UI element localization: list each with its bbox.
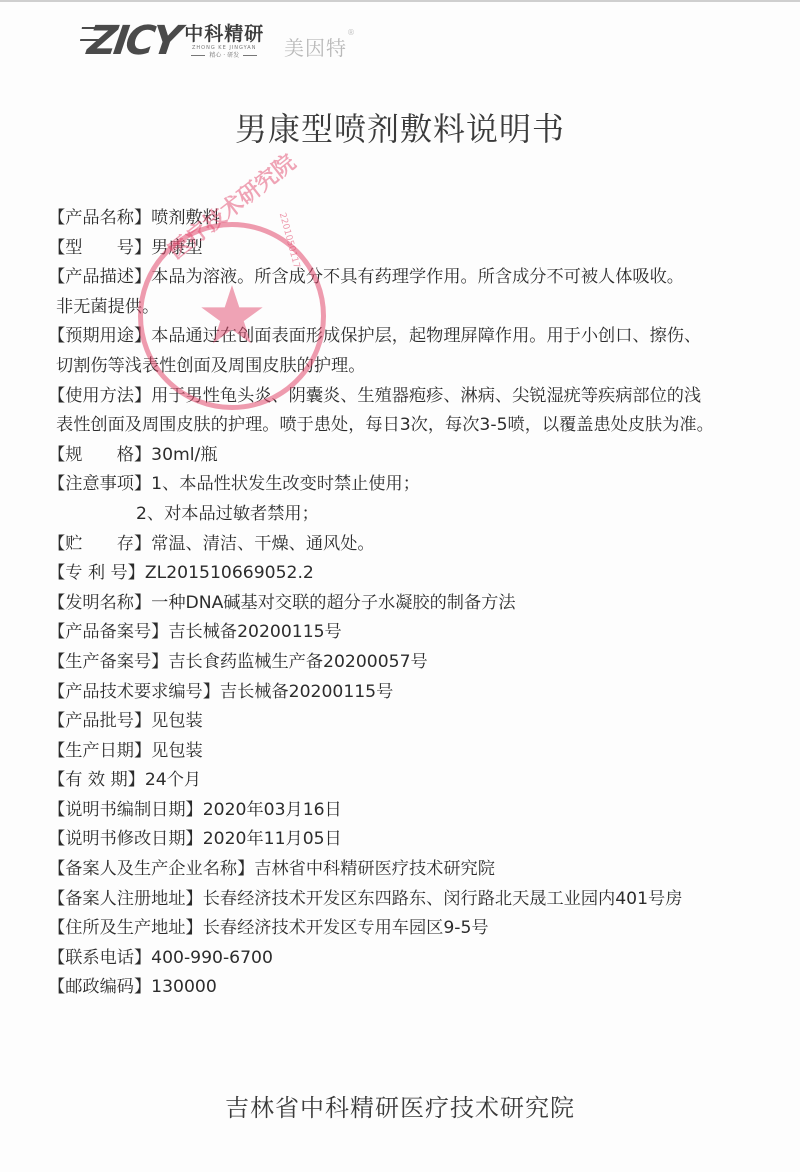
field-production-address: 【住所及生产地址】长春经济技术开发区专用车园区9-5号 xyxy=(48,914,788,944)
field-value: 见包装 xyxy=(151,741,203,761)
field-description-cont: 非无菌提供。 xyxy=(48,293,788,323)
field-product-filing: 【产品备案号】吉长械备20200115号 xyxy=(48,618,788,648)
field-value: 长春经济技术开发区东四路东、闵行路北天晟工业园内401号房 xyxy=(203,889,683,909)
field-label: 【型 号】 xyxy=(48,238,151,258)
field-value: 本品通过在创面表面形成保护层，起物理屏障作用。用于小创口、擦伤、 xyxy=(151,326,701,346)
logo-mark-text: ZICY xyxy=(85,18,182,64)
field-label: 【产品描述】 xyxy=(48,267,151,287)
field-description: 【产品描述】本品为溶液。所含成分不具有药理学作用。所含成分不可被人体吸收。 xyxy=(48,263,788,293)
field-intended-use-cont: 切割伤等浅表性创面及周围皮肤的护理。 xyxy=(48,352,788,382)
field-label: 【备案人注册地址】 xyxy=(48,889,203,909)
field-value: 130000 xyxy=(151,977,217,997)
field-value: 男康型 xyxy=(151,238,203,258)
field-revised-date: 【说明书修改日期】2020年11月05日 xyxy=(48,825,788,855)
field-label: 【说明书编制日期】 xyxy=(48,800,203,820)
page-top-edge xyxy=(0,0,800,2)
field-label: 【专 利 号】 xyxy=(48,563,145,583)
field-label: 【备案人及生产企业名称】 xyxy=(48,859,254,879)
field-label: 【产品名称】 xyxy=(48,208,151,228)
field-product-name: 【产品名称】喷剂敷料 xyxy=(48,204,788,234)
field-precautions: 【注意事项】1、本品性状发生改变时禁止使用； xyxy=(48,470,788,500)
brand-name: 美因特® xyxy=(284,32,356,61)
field-label: 【注意事项】 xyxy=(48,474,151,494)
field-label: 【规 格】 xyxy=(48,445,151,465)
logo-slogan: 精心 · 研发 xyxy=(191,52,257,60)
field-label: 【住所及生产地址】 xyxy=(48,918,203,938)
field-value: 常温、清洁、干燥、通风处。 xyxy=(151,534,374,554)
field-production-date: 【生产日期】见包装 xyxy=(48,737,788,767)
field-label: 【联系电话】 xyxy=(48,948,151,968)
field-label: 【预期用途】 xyxy=(48,326,151,346)
field-list: 【产品名称】喷剂敷料 【型 号】男康型 【产品描述】本品为溶液。所含成分不具有药… xyxy=(48,204,788,1003)
field-label: 【生产日期】 xyxy=(48,741,151,761)
logo-cn-block: 中科精研 ZHONG KE JINGYAN 精心 · 研发 xyxy=(184,23,264,60)
field-value: 喷剂敷料 xyxy=(151,208,220,228)
divider xyxy=(191,55,205,56)
field-manufacturer: 【备案人及生产企业名称】吉林省中科精研医疗技术研究院 xyxy=(48,855,788,885)
company-logo: ZICY 中科精研 ZHONG KE JINGYAN 精心 · 研发 xyxy=(88,18,264,64)
field-value: 400-990-6700 xyxy=(151,948,273,968)
logo-slogan-text: 精心 · 研发 xyxy=(209,52,239,60)
divider xyxy=(243,55,257,56)
field-label: 【贮 存】 xyxy=(48,534,151,554)
field-phone: 【联系电话】400-990-6700 xyxy=(48,944,788,974)
field-compiled-date: 【说明书编制日期】2020年03月16日 xyxy=(48,796,788,826)
field-label: 【邮政编码】 xyxy=(48,977,151,997)
field-value: 见包装 xyxy=(151,711,203,731)
field-value: 吉长械备20200115号 xyxy=(220,682,393,702)
field-value: 一种DNA碱基对交联的超分子水凝胶的制备方法 xyxy=(151,593,515,613)
field-usage-cont: 表性创面及周围皮肤的护理。喷于患处，每日3次，每次3-5喷，以覆盖患处皮肤为准。 xyxy=(48,411,788,441)
field-usage: 【使用方法】用于男性龟头炎、阴囊炎、生殖器疱疹、淋病、尖锐湿疣等疾病部位的浅 xyxy=(48,382,788,412)
field-label: 【有 效 期】 xyxy=(48,770,145,790)
document-title: 男康型喷剂敷料说明书 xyxy=(0,104,800,150)
field-registered-address: 【备案人注册地址】长春经济技术开发区东四路东、闵行路北天晟工业园内401号房 xyxy=(48,885,788,915)
field-label: 【产品技术要求编号】 xyxy=(48,682,220,702)
field-value: 吉长械备20200115号 xyxy=(168,622,341,642)
field-value: 2020年03月16日 xyxy=(203,800,342,820)
field-postcode: 【邮政编码】130000 xyxy=(48,973,788,1003)
field-label: 【说明书修改日期】 xyxy=(48,829,203,849)
logo-cn-name: 中科精研 xyxy=(184,23,264,45)
field-model: 【型 号】男康型 xyxy=(48,234,788,264)
field-value: 吉林省中科精研医疗技术研究院 xyxy=(254,859,495,879)
field-value: 30ml/瓶 xyxy=(151,445,217,465)
field-tech-requirement: 【产品技术要求编号】吉长械备20200115号 xyxy=(48,678,788,708)
footer-organization: 吉林省中科精研医疗技术研究院 xyxy=(0,1088,800,1123)
logo-speed-lines-icon xyxy=(80,27,104,41)
field-value: 24个月 xyxy=(145,770,201,790)
field-value: 吉长食药监械生产备20200057号 xyxy=(168,652,427,672)
field-batch: 【产品批号】见包装 xyxy=(48,707,788,737)
field-label: 【产品备案号】 xyxy=(48,622,168,642)
field-patent: 【专 利 号】ZL201510669052.2 xyxy=(48,559,788,589)
logo-mark: ZICY xyxy=(85,21,181,61)
field-value: 长春经济技术开发区专用车园区9-5号 xyxy=(203,918,489,938)
logo-pinyin: ZHONG KE JINGYAN xyxy=(192,45,257,52)
field-spec: 【规 格】30ml/瓶 xyxy=(48,441,788,471)
field-label: 【生产备案号】 xyxy=(48,652,168,672)
document-page: ZICY 中科精研 ZHONG KE JINGYAN 精心 · 研发 美因特® … xyxy=(0,0,800,1172)
field-precautions-cont: 2、对本品过敏者禁用； xyxy=(48,500,788,530)
field-label: 【产品批号】 xyxy=(48,711,151,731)
field-label: 【发明名称】 xyxy=(48,593,151,613)
field-value: 本品为溶液。所含成分不具有药理学作用。所含成分不可被人体吸收。 xyxy=(151,267,684,287)
field-validity: 【有 效 期】24个月 xyxy=(48,766,788,796)
field-label: 【使用方法】 xyxy=(48,386,151,406)
brand-name-text: 美因特 xyxy=(284,36,347,60)
field-storage: 【贮 存】常温、清洁、干燥、通风处。 xyxy=(48,530,788,560)
field-intended-use: 【预期用途】本品通过在创面表面形成保护层，起物理屏障作用。用于小创口、擦伤、 xyxy=(48,322,788,352)
field-value: ZL201510669052.2 xyxy=(145,563,314,583)
field-value: 用于男性龟头炎、阴囊炎、生殖器疱疹、淋病、尖锐湿疣等疾病部位的浅 xyxy=(151,386,701,406)
field-production-filing: 【生产备案号】吉长食药监械生产备20200057号 xyxy=(48,648,788,678)
field-value: 2020年11月05日 xyxy=(203,829,342,849)
field-value: 1、本品性状发生改变时禁止使用； xyxy=(151,474,420,494)
field-invention: 【发明名称】一种DNA碱基对交联的超分子水凝胶的制备方法 xyxy=(48,589,788,619)
registered-mark-icon: ® xyxy=(347,28,356,37)
